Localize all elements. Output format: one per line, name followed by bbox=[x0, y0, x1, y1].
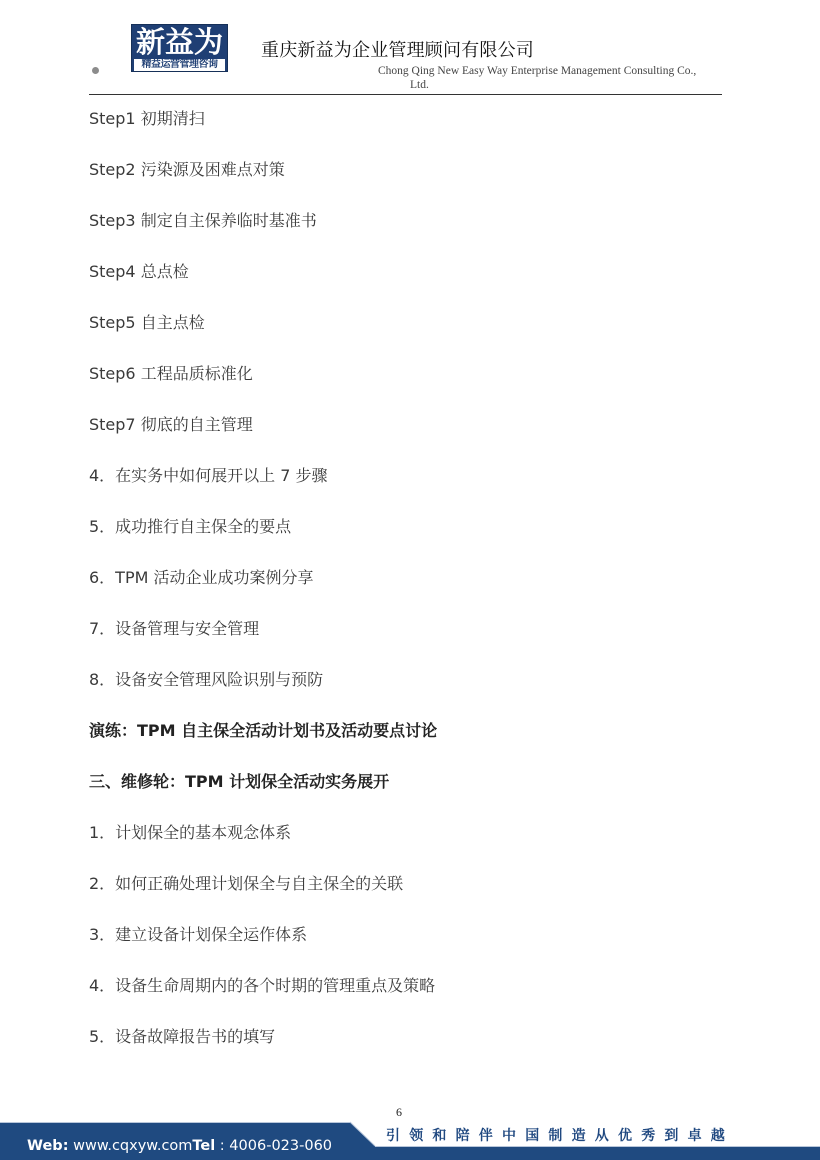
list-item-step1: Step1 初期清扫 bbox=[89, 108, 205, 130]
list-item-8: 8．设备安全管理风险识别与预防 bbox=[89, 669, 323, 691]
page-header: 新益为 精益运营管理咨询 重庆新益为企业管理顾问有限公司 Chong Qing … bbox=[0, 0, 820, 100]
list-item-step3: Step3 制定自主保养临时基准书 bbox=[89, 210, 317, 232]
tel-label: Tel bbox=[192, 1138, 215, 1154]
company-logo: 新益为 精益运营管理咨询 bbox=[131, 24, 228, 72]
company-name-cn: 重庆新益为企业管理顾问有限公司 bbox=[261, 39, 534, 63]
footer-contact: Web: www.cqxyw.comTel : 4006-023-060 bbox=[27, 1136, 332, 1156]
list-item-6: 6．TPM 活动企业成功案例分享 bbox=[89, 567, 314, 589]
list-item-step6: Step6 工程品质标准化 bbox=[89, 363, 253, 385]
list-item-s3-4: 4．设备生命周期内的各个时期的管理重点及策略 bbox=[89, 975, 435, 997]
list-item-step4: Step4 总点检 bbox=[89, 261, 189, 283]
list-item-s3-2: 2．如何正确处理计划保全与自主保全的关联 bbox=[89, 873, 403, 895]
logo-main-text: 新益为 bbox=[132, 25, 227, 59]
web-url[interactable]: www.cqxyw.com bbox=[69, 1138, 193, 1154]
company-name-en-suffix: Ltd. bbox=[378, 78, 722, 92]
list-item-s3-3: 3．建立设备计划保全运作体系 bbox=[89, 924, 307, 946]
list-item-5: 5．成功推行自主保全的要点 bbox=[89, 516, 291, 538]
list-item-step7: Step7 彻底的自主管理 bbox=[89, 414, 253, 436]
list-item-s3-5: 5．设备故障报告书的填写 bbox=[89, 1026, 275, 1048]
list-item-7: 7．设备管理与安全管理 bbox=[89, 618, 259, 640]
exercise-heading: 演练：TPM 自主保全活动计划书及活动要点讨论 bbox=[89, 720, 437, 742]
list-item-step5: Step5 自主点检 bbox=[89, 312, 205, 334]
logo-sub-text: 精益运营管理咨询 bbox=[134, 59, 225, 71]
list-item-s3-1: 1．计划保全的基本观念体系 bbox=[89, 822, 291, 844]
company-name-en-main: Chong Qing New Easy Way Enterprise Manag… bbox=[378, 65, 696, 77]
list-item-step2: Step2 污染源及困难点对策 bbox=[89, 159, 285, 181]
footer-tagline: 引领和陪伴中国制造从优秀到卓越 bbox=[386, 1127, 734, 1145]
company-name-en: Chong Qing New Easy Way Enterprise Manag… bbox=[378, 64, 722, 92]
section-heading-3: 三、维修轮：TPM 计划保全活动实务展开 bbox=[89, 771, 389, 793]
page-footer: Web: www.cqxyw.comTel : 4006-023-060 引领和… bbox=[0, 1118, 820, 1160]
web-label: Web: bbox=[27, 1138, 69, 1154]
header-divider bbox=[89, 94, 722, 95]
tel-number: : 4006-023-060 bbox=[215, 1138, 332, 1154]
bullet-dot-icon bbox=[92, 67, 99, 74]
list-item-4: 4．在实务中如何展开以上 7 步骤 bbox=[89, 465, 328, 487]
